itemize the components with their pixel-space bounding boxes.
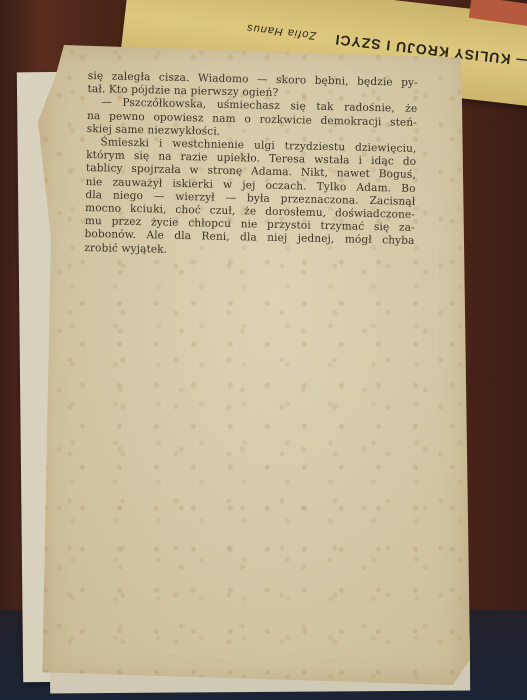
page-text: się zaległa cisza. Wiadomo — skoro bębni… bbox=[84, 70, 418, 262]
book-author: Zofia Hanus bbox=[246, 22, 317, 42]
